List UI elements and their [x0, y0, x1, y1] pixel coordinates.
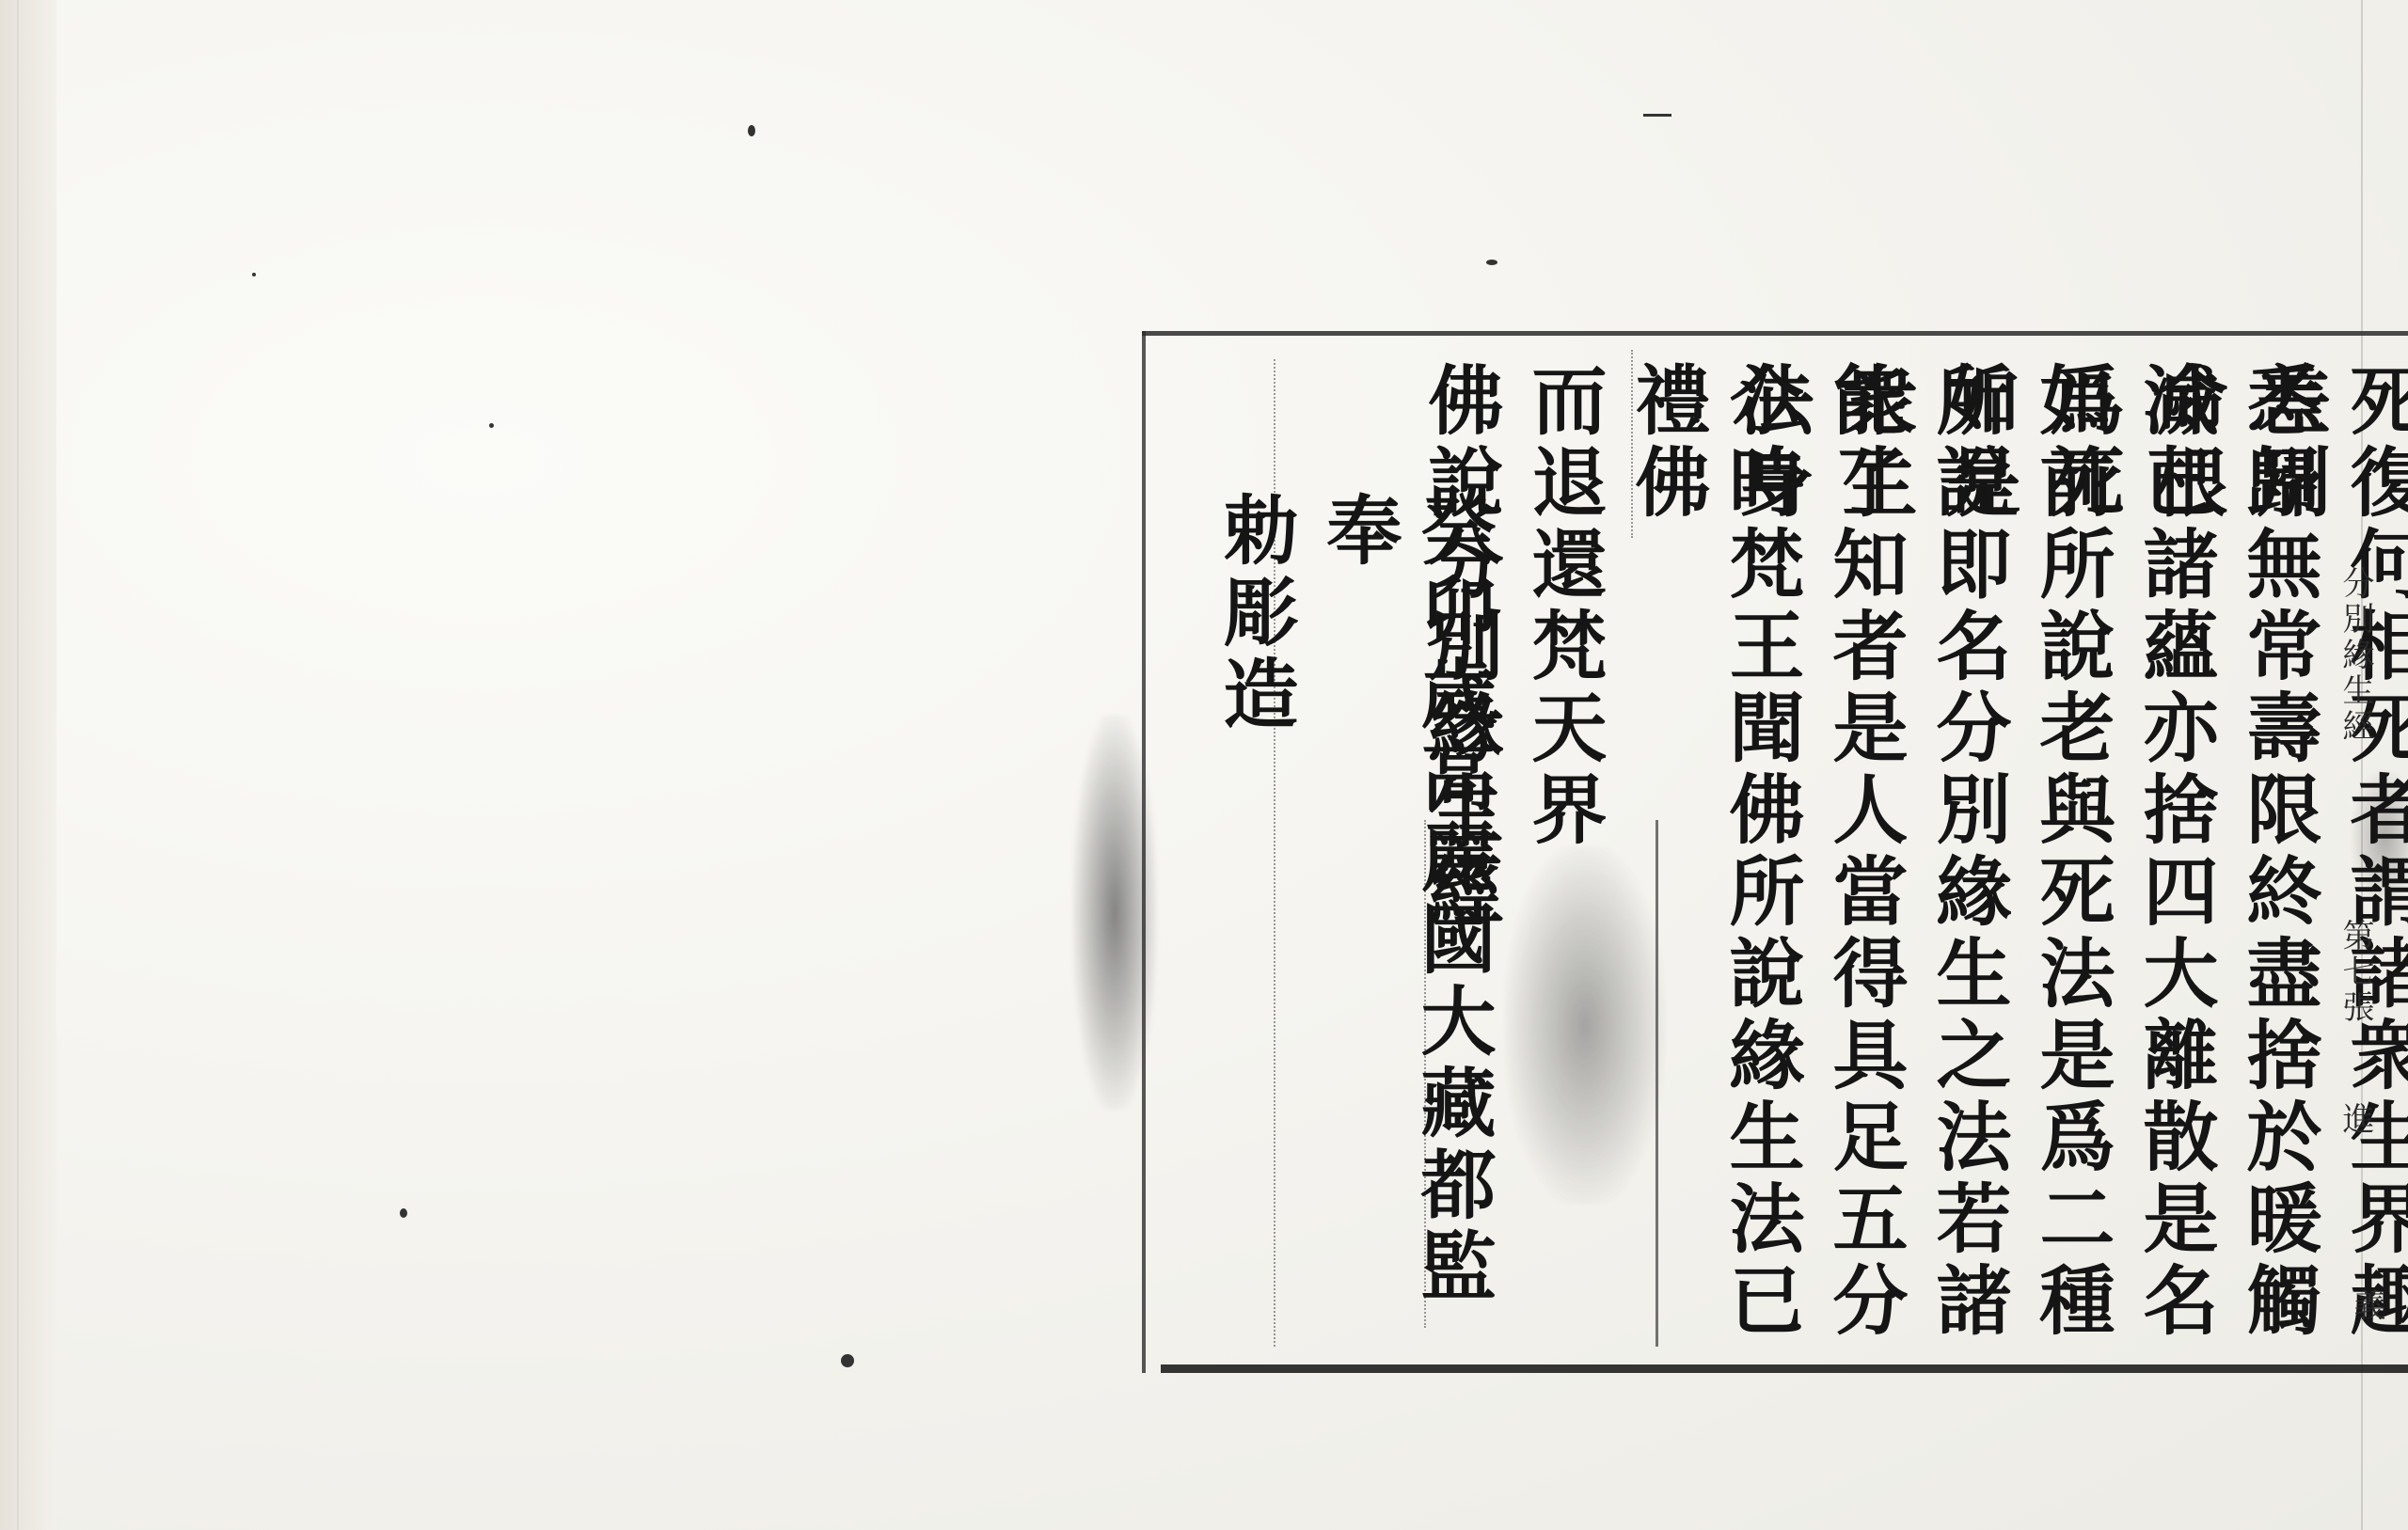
margin-carver-mark: 進 — [2333, 1102, 2379, 1138]
colophon-line-1: 癸卯歲高麗國大藏都監奉 — [1311, 491, 1499, 1373]
text-column-8: 而退還梵天界 — [1516, 361, 1610, 852]
page-left-edge — [0, 0, 56, 1530]
left-page-edge-line — [17, 0, 19, 1530]
ink-speck — [748, 125, 755, 136]
text-column-7: 尒時梵王聞佛所說緣生法已禮佛 — [1620, 361, 1808, 1373]
left-border-rule — [1142, 331, 1146, 1373]
ink-speck — [1486, 260, 1497, 265]
ink-speck — [841, 1354, 854, 1367]
margin-sheet-mark: 義 — [2344, 1288, 2390, 1324]
print-block: 死復何相死者謂諸衆生界趣差別 悉歸無常壽限終盡捨於暖觸命根 滅已諸蘊亦捨四大離散… — [1142, 331, 2408, 1373]
margin-page-label: 第七張 — [2333, 919, 2379, 1026]
top-border-rule — [1142, 331, 2408, 336]
margin-sutra-title: 分別緣生經 — [2333, 566, 2379, 745]
ink-speck — [252, 273, 256, 276]
ink-mark — [1643, 114, 1671, 117]
ink-speck — [489, 423, 494, 428]
ink-speck — [400, 1208, 407, 1218]
colophon-line-2: 勅彫造 — [1208, 491, 1302, 736]
